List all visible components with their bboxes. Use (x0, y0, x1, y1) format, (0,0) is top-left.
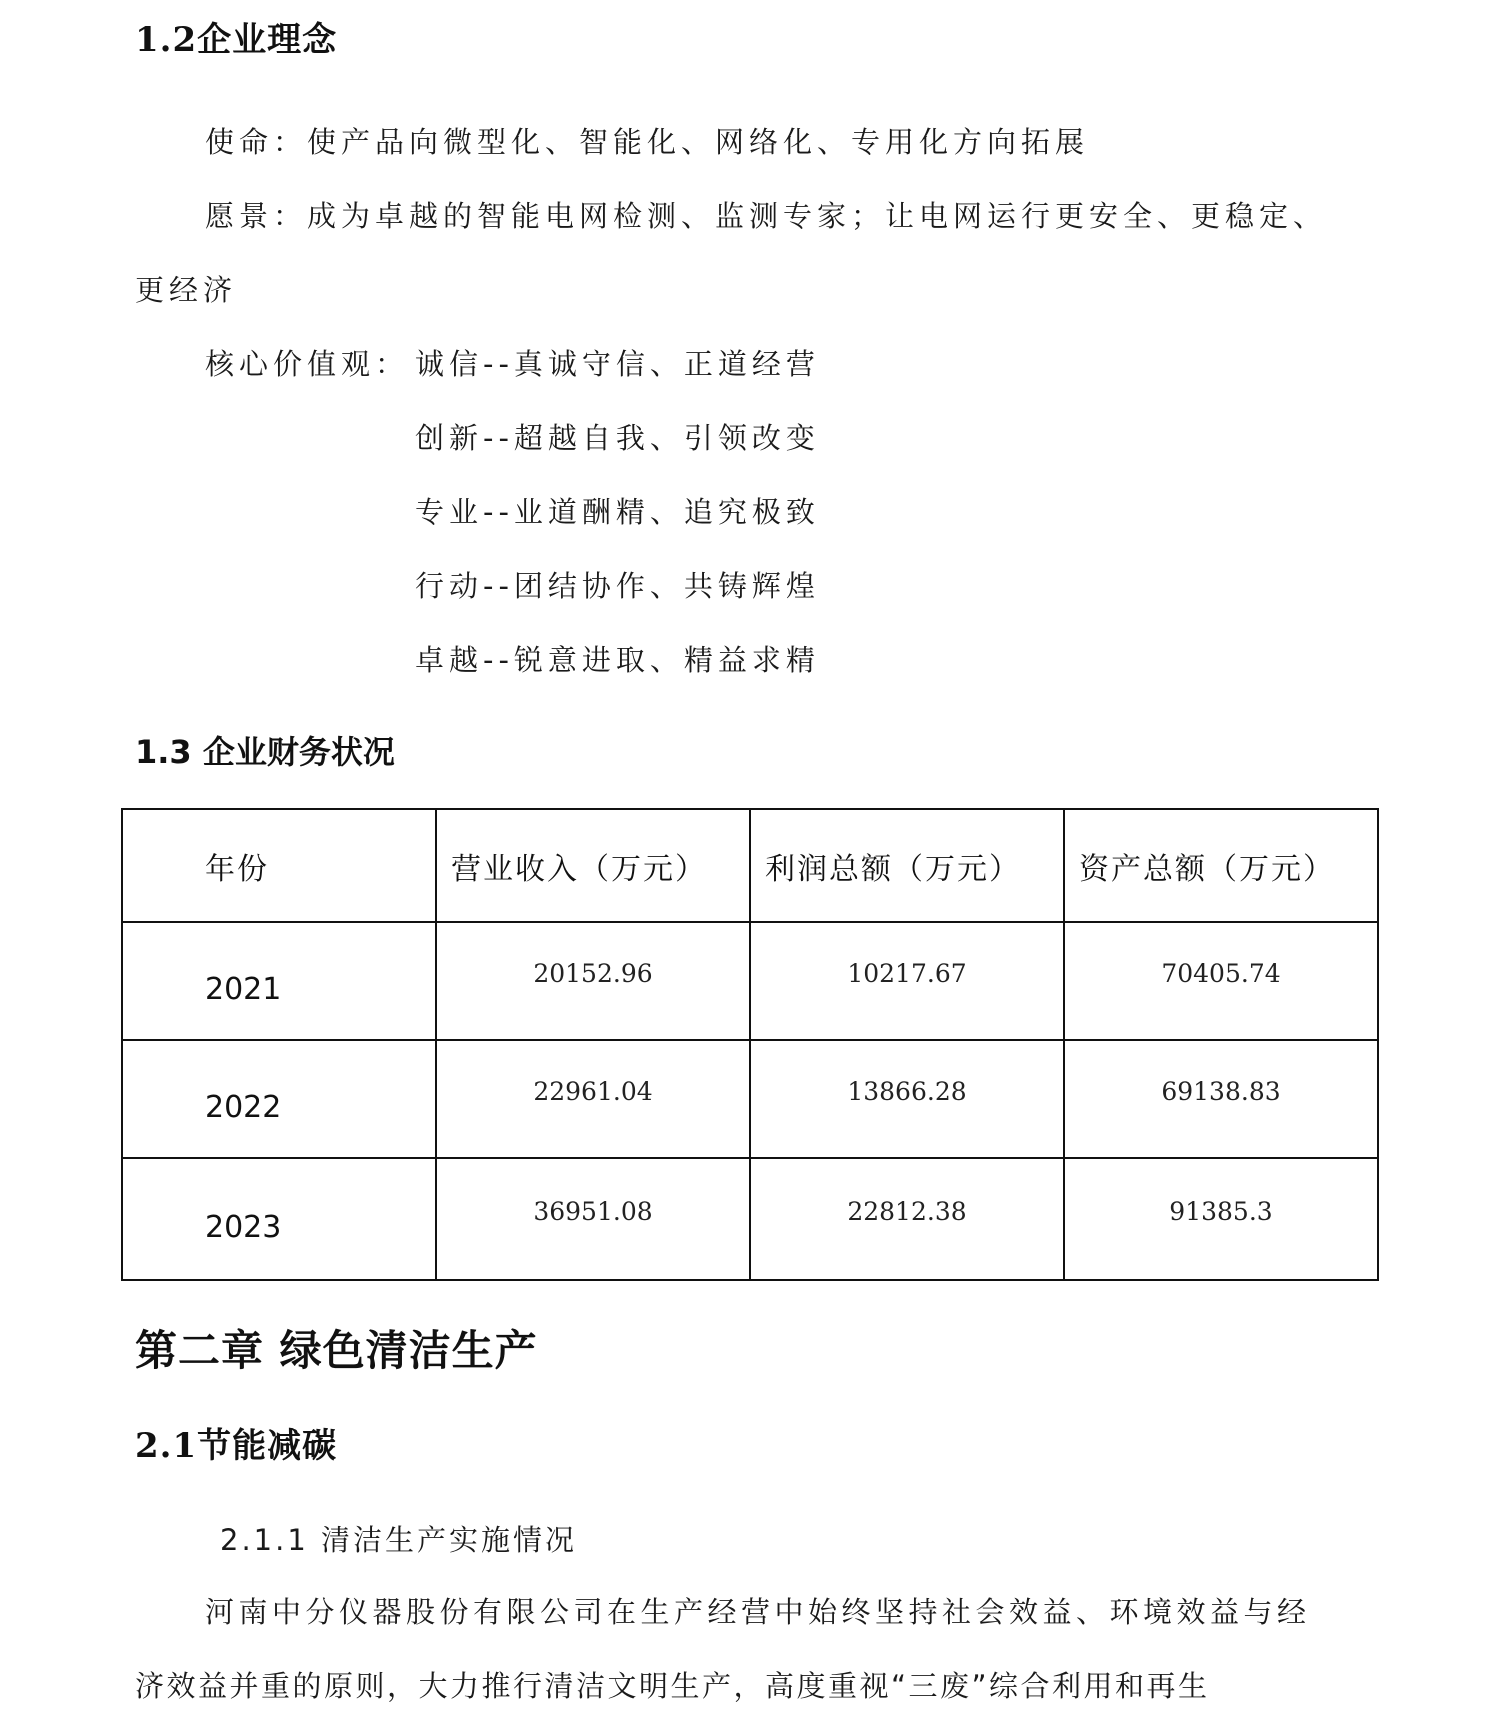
table-header-row: 年份 营业收入（万元） 利润总额（万元） 资产总额（万元） (122, 809, 1378, 922)
heading-2-1: 2.1节能减碳 (135, 1418, 337, 1467)
core-value-item: 创新--超越自我、引领改变 (415, 416, 820, 457)
financial-table: 年份 营业收入（万元） 利润总额（万元） 资产总额（万元） 2021 20152… (121, 808, 1379, 1281)
table-row: 2023 36951.08 22812.38 91385.3 (122, 1158, 1378, 1280)
cell-assets: 91385.3 (1064, 1158, 1378, 1280)
cell-year: 2022 (122, 1040, 436, 1158)
cell-profit: 22812.38 (750, 1158, 1064, 1280)
mission-text: 使命：使产品向微型化、智能化、网络化、专用化方向拓展 (205, 120, 1089, 161)
cell-revenue: 36951.08 (436, 1158, 750, 1280)
core-value-item: 行动--团结协作、共铸辉煌 (415, 564, 820, 605)
vision-text-line1: 愿景：成为卓越的智能电网检测、监测专家；让电网运行更安全、更稳定、 (205, 194, 1327, 235)
column-header-year: 年份 (122, 809, 436, 922)
cell-assets: 70405.74 (1064, 922, 1378, 1040)
chapter-2-heading: 第二章 绿色清洁生产 (135, 1318, 538, 1378)
heading-2-1-1: 2.1.1 清洁生产实施情况 (220, 1518, 577, 1559)
cell-revenue: 22961.04 (436, 1040, 750, 1158)
table-row: 2021 20152.96 10217.67 70405.74 (122, 922, 1378, 1040)
cell-year: 2023 (122, 1158, 436, 1280)
core-value-item: 诚信--真诚守信、正道经营 (415, 342, 820, 383)
cell-year: 2021 (122, 922, 436, 1040)
vision-text-line2: 更经济 (135, 268, 237, 309)
core-value-item: 卓越--锐意进取、精益求精 (415, 638, 820, 679)
column-header-revenue: 营业收入（万元） (436, 809, 750, 922)
paragraph-line: 济效益并重的原则，大力推行清洁文明生产，高度重视“三废”综合利用和再生 (135, 1664, 1210, 1705)
column-header-assets: 资产总额（万元） (1064, 809, 1378, 922)
column-header-profit: 利润总额（万元） (750, 809, 1064, 922)
core-values-label: 核心价值观： (205, 342, 409, 383)
heading-1-2: 1.2企业理念 (135, 12, 337, 61)
cell-revenue: 20152.96 (436, 922, 750, 1040)
core-value-item: 专业--业道酬精、追究极致 (415, 490, 820, 531)
table-row: 2022 22961.04 13866.28 69138.83 (122, 1040, 1378, 1158)
heading-1-3: 1.3 企业财务状况 (135, 727, 395, 773)
paragraph-line: 河南中分仪器股份有限公司在生产经营中始终坚持社会效益、环境效益与经 (205, 1590, 1311, 1631)
cell-assets: 69138.83 (1064, 1040, 1378, 1158)
cell-profit: 13866.28 (750, 1040, 1064, 1158)
cell-profit: 10217.67 (750, 922, 1064, 1040)
